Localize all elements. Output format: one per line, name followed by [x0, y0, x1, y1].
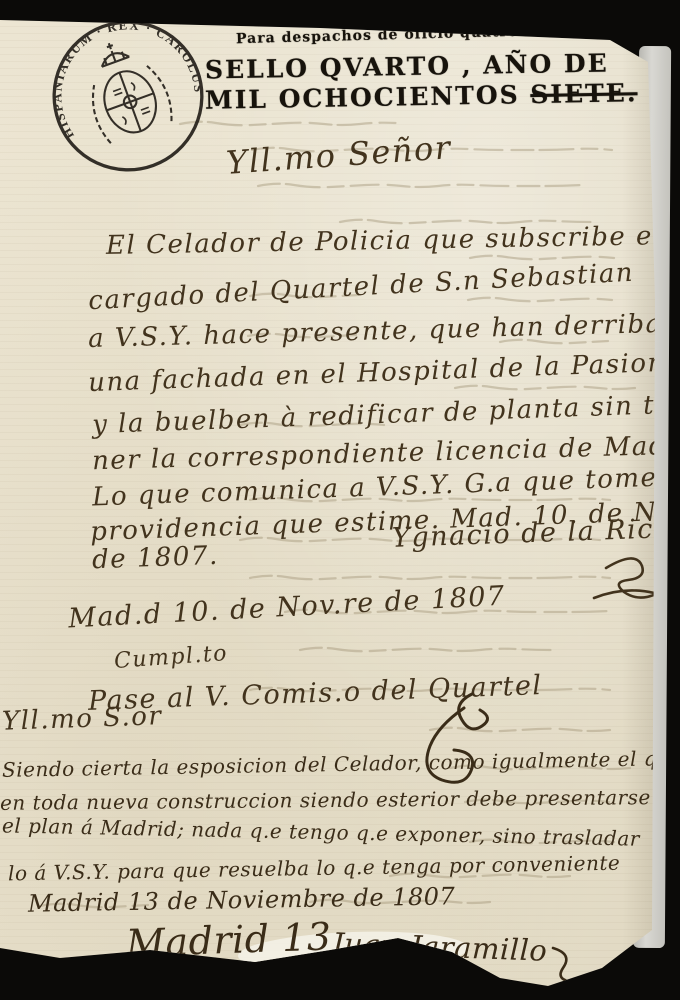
report-signature: Juan Jaramillo [331, 926, 547, 967]
signature-rubric-icon [592, 528, 662, 608]
report-signature-rubric-icon [545, 940, 605, 990]
report-place-large: Madrid 13 [125, 914, 332, 965]
petition-line: de 1807. [92, 541, 220, 575]
archive-scan-background: HISPANIARUM · REX · CAROLUS · IV · D · G… [0, 0, 680, 1000]
manuscript-page: HISPANIARUM · REX · CAROLUS · IV · D · G… [0, 0, 680, 1000]
folio-mark: 4 [396, 0, 412, 25]
report-salutation: Yll.mo S.or [2, 701, 163, 737]
stamp-line-2-text: MIL OCHOCIENTOS [205, 80, 531, 115]
stamp-line-2-struck: SIETE. [530, 78, 638, 109]
